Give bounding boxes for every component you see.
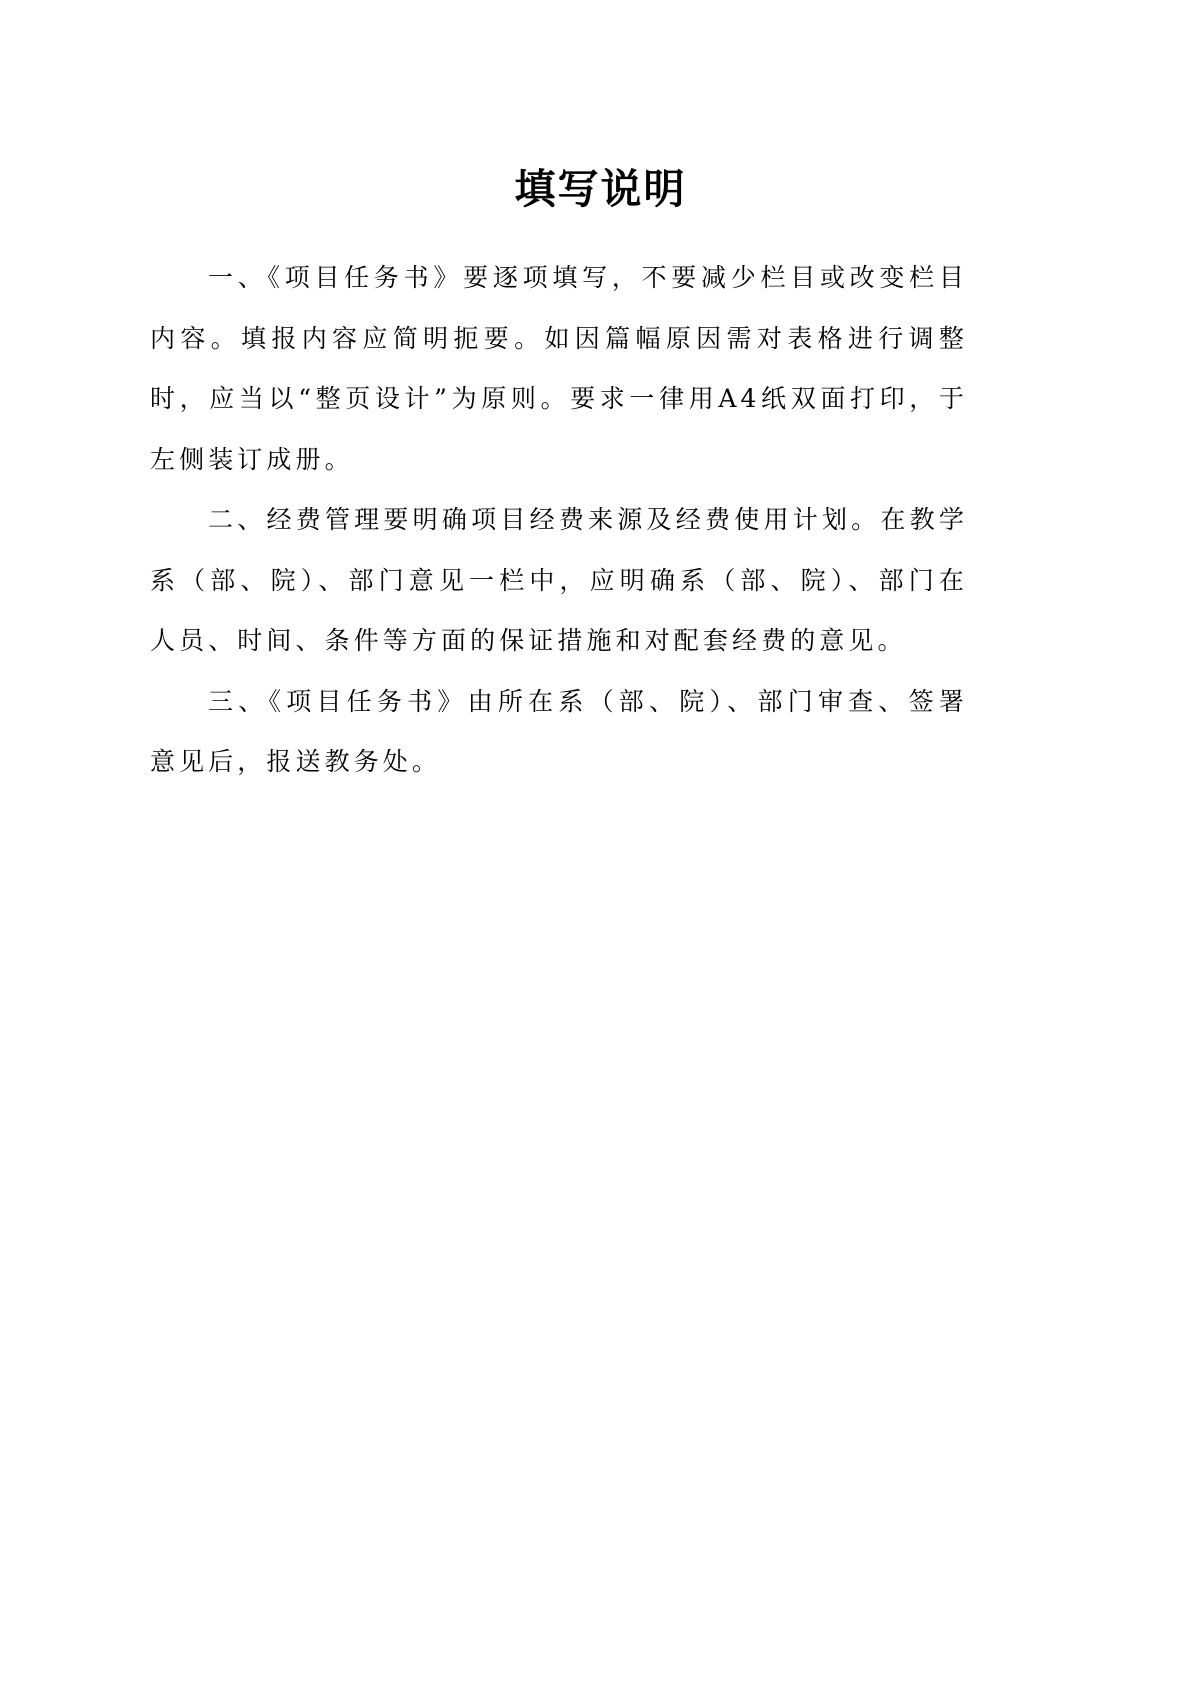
instructions-body: 一、《项目任务书》要逐项填写，不要减少栏目或改变栏目内容。填报内容应简明扼要。如… xyxy=(150,248,968,793)
instruction-paragraph-3: 三、《项目任务书》由所在系（部、院）、部门审查、签署意见后，报送教务处。 xyxy=(150,672,968,793)
instruction-paragraph-1: 一、《项目任务书》要逐项填写，不要减少栏目或改变栏目内容。填报内容应简明扼要。如… xyxy=(150,248,968,490)
page-title: 填写说明 xyxy=(0,159,1191,219)
document-page: 填写说明 一、《项目任务书》要逐项填写，不要减少栏目或改变栏目内容。填报内容应简… xyxy=(0,0,1191,1684)
instruction-paragraph-2: 二、经费管理要明确项目经费来源及经费使用计划。在教学系（部、院）、部门意见一栏中… xyxy=(150,490,968,672)
